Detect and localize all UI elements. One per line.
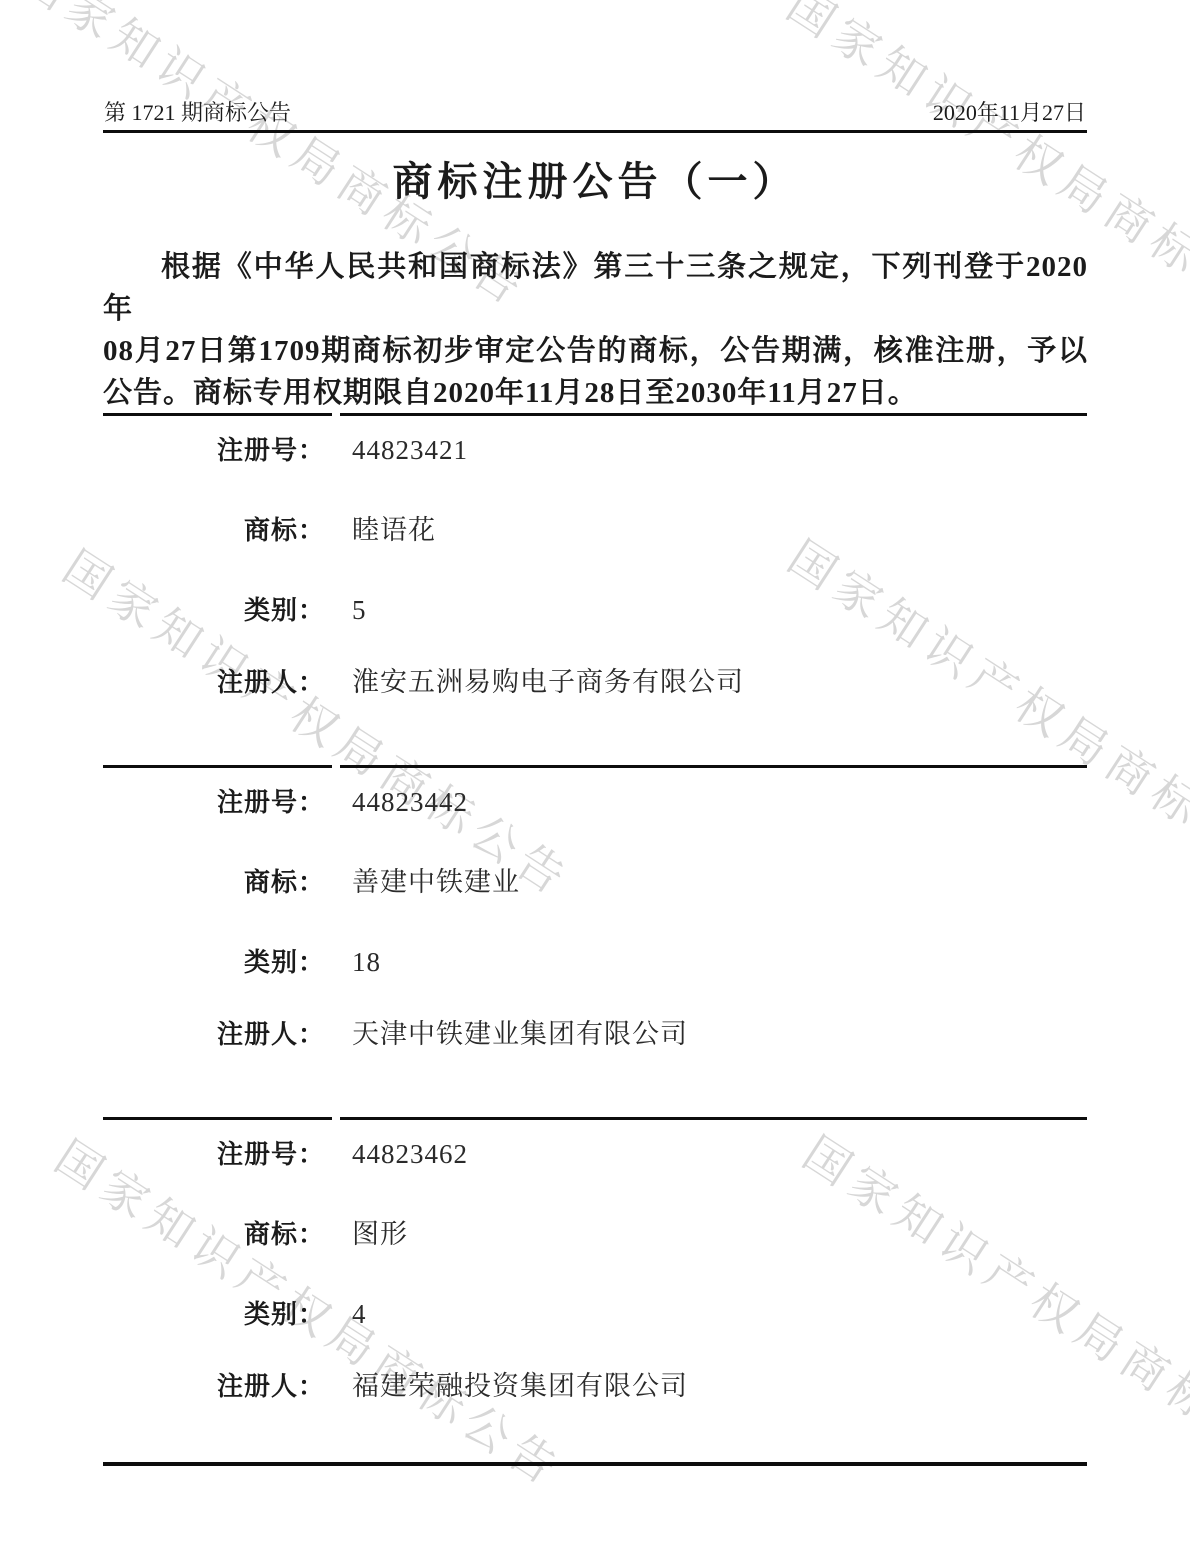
registrant-row: 注册人： 淮安五洲易购电子商务有限公司 [103,665,1088,700]
trademark-entry-3: 注册号： 44823462 商标： 图形 类别： 4 注册人： 福建荣融投资集团… [103,1117,1088,1467]
registration-number-row: 注册号： 44823442 [103,785,1088,820]
separator-rule [103,413,1087,416]
trademark-row: 商标： 善建中铁建业 [103,865,1088,900]
registration-number-label: 注册号： [103,1138,325,1172]
gazette-issue-label: 第 1721 期商标公告 [104,96,291,127]
registration-number-value: 44823462 [352,1137,468,1171]
registration-number-value: 44823421 [352,433,468,467]
intro-line-1: 根据《中华人民共和国商标法》第三十三条之规定，下列刊登于2020年 [103,246,1088,330]
trademark-value: 图形 [352,1217,408,1251]
trademark-label: 商标： [103,866,325,900]
registrant-row: 注册人： 天津中铁建业集团有限公司 [103,1017,1088,1052]
registrant-value: 天津中铁建业集团有限公司 [352,1017,688,1051]
bottom-rule [103,1462,1087,1466]
registrant-label: 注册人： [103,1018,325,1052]
registrant-label: 注册人： [103,1370,325,1404]
header-rule [103,130,1087,133]
category-label: 类别： [103,594,325,628]
registrant-label: 注册人： [103,666,325,700]
registrant-value: 福建荣融投资集团有限公司 [352,1369,688,1403]
category-value: 18 [352,945,381,979]
trademark-row: 商标： 图形 [103,1217,1088,1252]
category-row: 类别： 4 [103,1297,1088,1332]
trademark-label: 商标： [103,514,325,548]
intro-paragraph: 根据《中华人民共和国商标法》第三十三条之规定，下列刊登于2020年 08月27日… [103,246,1088,414]
category-label: 类别： [103,946,325,980]
trademark-entry-2: 注册号： 44823442 商标： 善建中铁建业 类别： 18 注册人： 天津中… [103,765,1088,1115]
gazette-date: 2020年11月27日 [933,96,1086,127]
registration-number-row: 注册号： 44823462 [103,1137,1088,1172]
category-label: 类别： [103,1298,325,1332]
trademark-entry-1: 注册号： 44823421 商标： 睦语花 类别： 5 注册人： 淮安五洲易购电… [103,413,1088,763]
category-value: 4 [352,1297,367,1331]
registration-number-row: 注册号： 44823421 [103,433,1088,468]
trademark-label: 商标： [103,1218,325,1252]
intro-line-3: 公告。商标专用权期限自2020年11月28日至2030年11月27日。 [103,372,1088,414]
separator-rule [103,1117,1087,1120]
registration-number-value: 44823442 [352,785,468,819]
category-row: 类别： 18 [103,945,1088,980]
intro-line-2: 08月27日第1709期商标初步审定公告的商标，公告期满，核准注册，予以 [103,330,1088,372]
page-title: 商标注册公告（一） [0,150,1190,207]
category-row: 类别： 5 [103,593,1088,628]
trademark-value: 睦语花 [352,513,436,547]
trademark-row: 商标： 睦语花 [103,513,1088,548]
registrant-value: 淮安五洲易购电子商务有限公司 [352,665,744,699]
registrant-row: 注册人： 福建荣融投资集团有限公司 [103,1369,1088,1404]
category-value: 5 [352,593,367,627]
document-page: 国家知识产权局商标公告 国家知识产权局商标公告 国家知识产权局商标公告 国家知识… [0,0,1190,1564]
separator-rule [103,765,1087,768]
registration-number-label: 注册号： [103,434,325,468]
trademark-value: 善建中铁建业 [352,865,520,899]
registration-number-label: 注册号： [103,786,325,820]
